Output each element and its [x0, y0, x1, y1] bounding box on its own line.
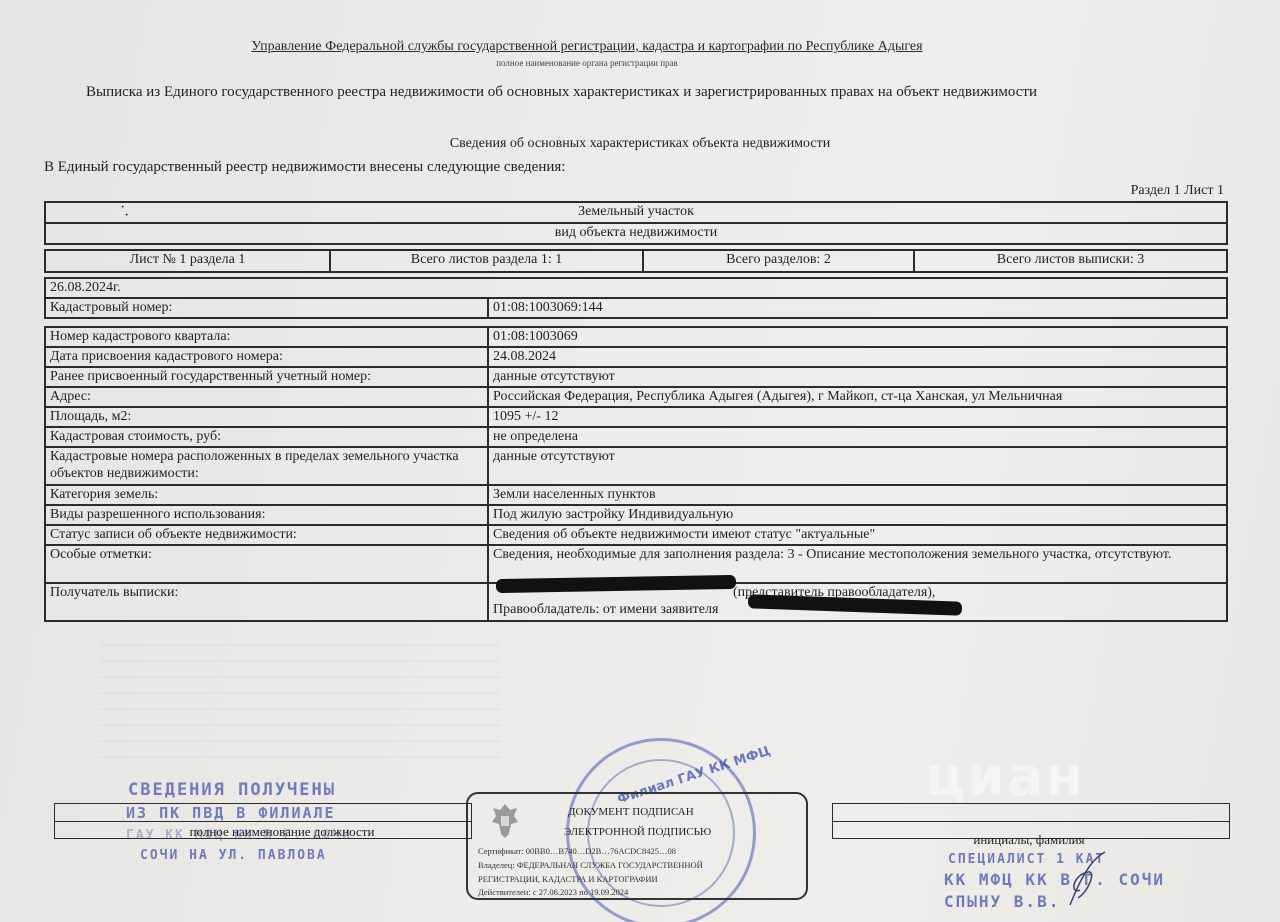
- row-value: Под жилую застройку Индивидуальную: [488, 505, 1227, 525]
- table-row: Кадастровая стоимость, руб:не определена: [45, 427, 1227, 447]
- eds-certificate: Сертификат: 00BB0…B740…D2B…76ACDC8425…08: [478, 846, 676, 856]
- handwritten-signature-icon: [1060, 850, 1110, 910]
- row-label: Кадастровые номера расположенных в преде…: [45, 447, 488, 485]
- intro-text: В Единый государственный реестр недвижим…: [44, 159, 565, 176]
- stamp-specialist-line-2: КК МФЦ КК В Г. СОЧИ: [944, 870, 1165, 889]
- section-title: Сведения об основных характеристиках объ…: [0, 136, 1280, 152]
- date-cadastral-table: 26.08.2024г. Кадастровый номер: 01:08:10…: [44, 277, 1228, 319]
- row-label: Особые отметки:: [45, 545, 488, 583]
- eds-title-2: ЭЛЕКТРОННОЙ ПОДПИСЬЮ: [564, 826, 711, 838]
- row-value: Сведения об объекте недвижимости имеют с…: [488, 525, 1227, 545]
- table-row: Номер кадастрового квартала:01:08:100306…: [45, 327, 1227, 347]
- extract-sheets-total: Всего листов выписки: 3: [914, 250, 1227, 272]
- table-row: Адрес:Российская Федерация, Республика А…: [45, 387, 1227, 407]
- stamp-received-line-1: СВЕДЕНИЯ ПОЛУЧЕНЫ: [128, 780, 336, 800]
- table-row: Площадь, м2:1095 +/- 12: [45, 407, 1227, 427]
- table-row: Кадастровые номера расположенных в преде…: [45, 447, 1227, 485]
- eds-owner-2: РЕГИСТРАЦИИ, КАДАСТРА И КАРТОГРАФИИ: [478, 874, 658, 884]
- row-label: Ранее присвоенный государственный учетны…: [45, 367, 488, 387]
- eds-valid: Действителен: с 27.06.2023 по 19.09.2024: [478, 887, 628, 897]
- table-row: Дата присвоения кадастрового номера:24.0…: [45, 347, 1227, 367]
- row-label: Получатель выписки:: [45, 583, 488, 621]
- registration-authority-caption: полное наименование органа регистрации п…: [0, 58, 1174, 68]
- section-sheets-total: Всего листов раздела 1: 1: [330, 250, 643, 272]
- sheet-number: Лист № 1 раздела 1: [45, 250, 330, 272]
- cadastral-number-label: Кадастровый номер:: [45, 298, 488, 318]
- table-row: Ранее присвоенный государственный учетны…: [45, 367, 1227, 387]
- row-value: Земли населенных пунктов: [488, 485, 1227, 505]
- page-reference: Раздел 1 Лист 1: [1131, 183, 1224, 199]
- watermark: циан: [925, 745, 1085, 808]
- object-type: Земельный участок: [45, 202, 1227, 223]
- row-label: Виды разрешенного использования:: [45, 505, 488, 525]
- coat-of-arms-icon: [488, 800, 522, 840]
- divider: [54, 821, 472, 822]
- row-label: Номер кадастрового квартала:: [45, 327, 488, 347]
- object-type-caption: вид объекта недвижимости: [45, 223, 1227, 244]
- stamp-specialist-line-3: СПЫНУ В.В.: [944, 892, 1060, 911]
- object-type-table: Земельный участок вид объекта недвижимос…: [44, 201, 1228, 245]
- row-label: Статус записи об объекте недвижимости:: [45, 525, 488, 545]
- stray-marks: · ·: [120, 204, 129, 220]
- row-value: 24.08.2024: [488, 347, 1227, 367]
- table-row: Виды разрешенного использования:Под жилу…: [45, 505, 1227, 525]
- cadastral-number-value: 01:08:1003069:144: [488, 298, 1227, 318]
- row-value: данные отсутствуют: [488, 367, 1227, 387]
- row-label: Площадь, м2:: [45, 407, 488, 427]
- row-label: Дата присвоения кадастрового номера:: [45, 347, 488, 367]
- row-value: Российская Федерация, Республика Адыгея …: [488, 387, 1227, 407]
- row-value: 1095 +/- 12: [488, 407, 1227, 427]
- position-caption: полное наименование должности: [54, 824, 510, 840]
- sections-total: Всего разделов: 2: [643, 250, 914, 272]
- extract-title: Выписка из Единого государственного реес…: [86, 84, 1037, 101]
- divider: [832, 821, 1230, 822]
- registration-authority: Управление Федеральной службы государств…: [0, 39, 1174, 55]
- name-caption: инициалы, фамилия: [864, 832, 1194, 848]
- eds-title-1: ДОКУМЕНТ ПОДПИСАН: [568, 806, 694, 818]
- row-value: данные отсутствуют: [488, 447, 1227, 485]
- row-value: 01:08:1003069: [488, 327, 1227, 347]
- sheets-table: Лист № 1 раздела 1 Всего листов раздела …: [44, 249, 1228, 273]
- row-label: Кадастровая стоимость, руб:: [45, 427, 488, 447]
- row-label: Адрес:: [45, 387, 488, 407]
- stamp-received-line-4: СОЧИ НА УЛ. ПАВЛОВА: [140, 848, 327, 863]
- extract-date: 26.08.2024г.: [45, 278, 1227, 298]
- electronic-signature-box: ДОКУМЕНТ ПОДПИСАН ЭЛЕКТРОННОЙ ПОДПИСЬЮ С…: [466, 792, 808, 900]
- row-label: Категория земель:: [45, 485, 488, 505]
- back-page-bleed: [100, 630, 500, 760]
- eds-owner-1: Владелец: ФЕДЕРАЛЬНАЯ СЛУЖБА ГОСУДАРСТВЕ…: [478, 860, 703, 870]
- row-value: не определена: [488, 427, 1227, 447]
- table-row: Статус записи об объекте недвижимости:Св…: [45, 525, 1227, 545]
- table-row: Категория земель:Земли населенных пункто…: [45, 485, 1227, 505]
